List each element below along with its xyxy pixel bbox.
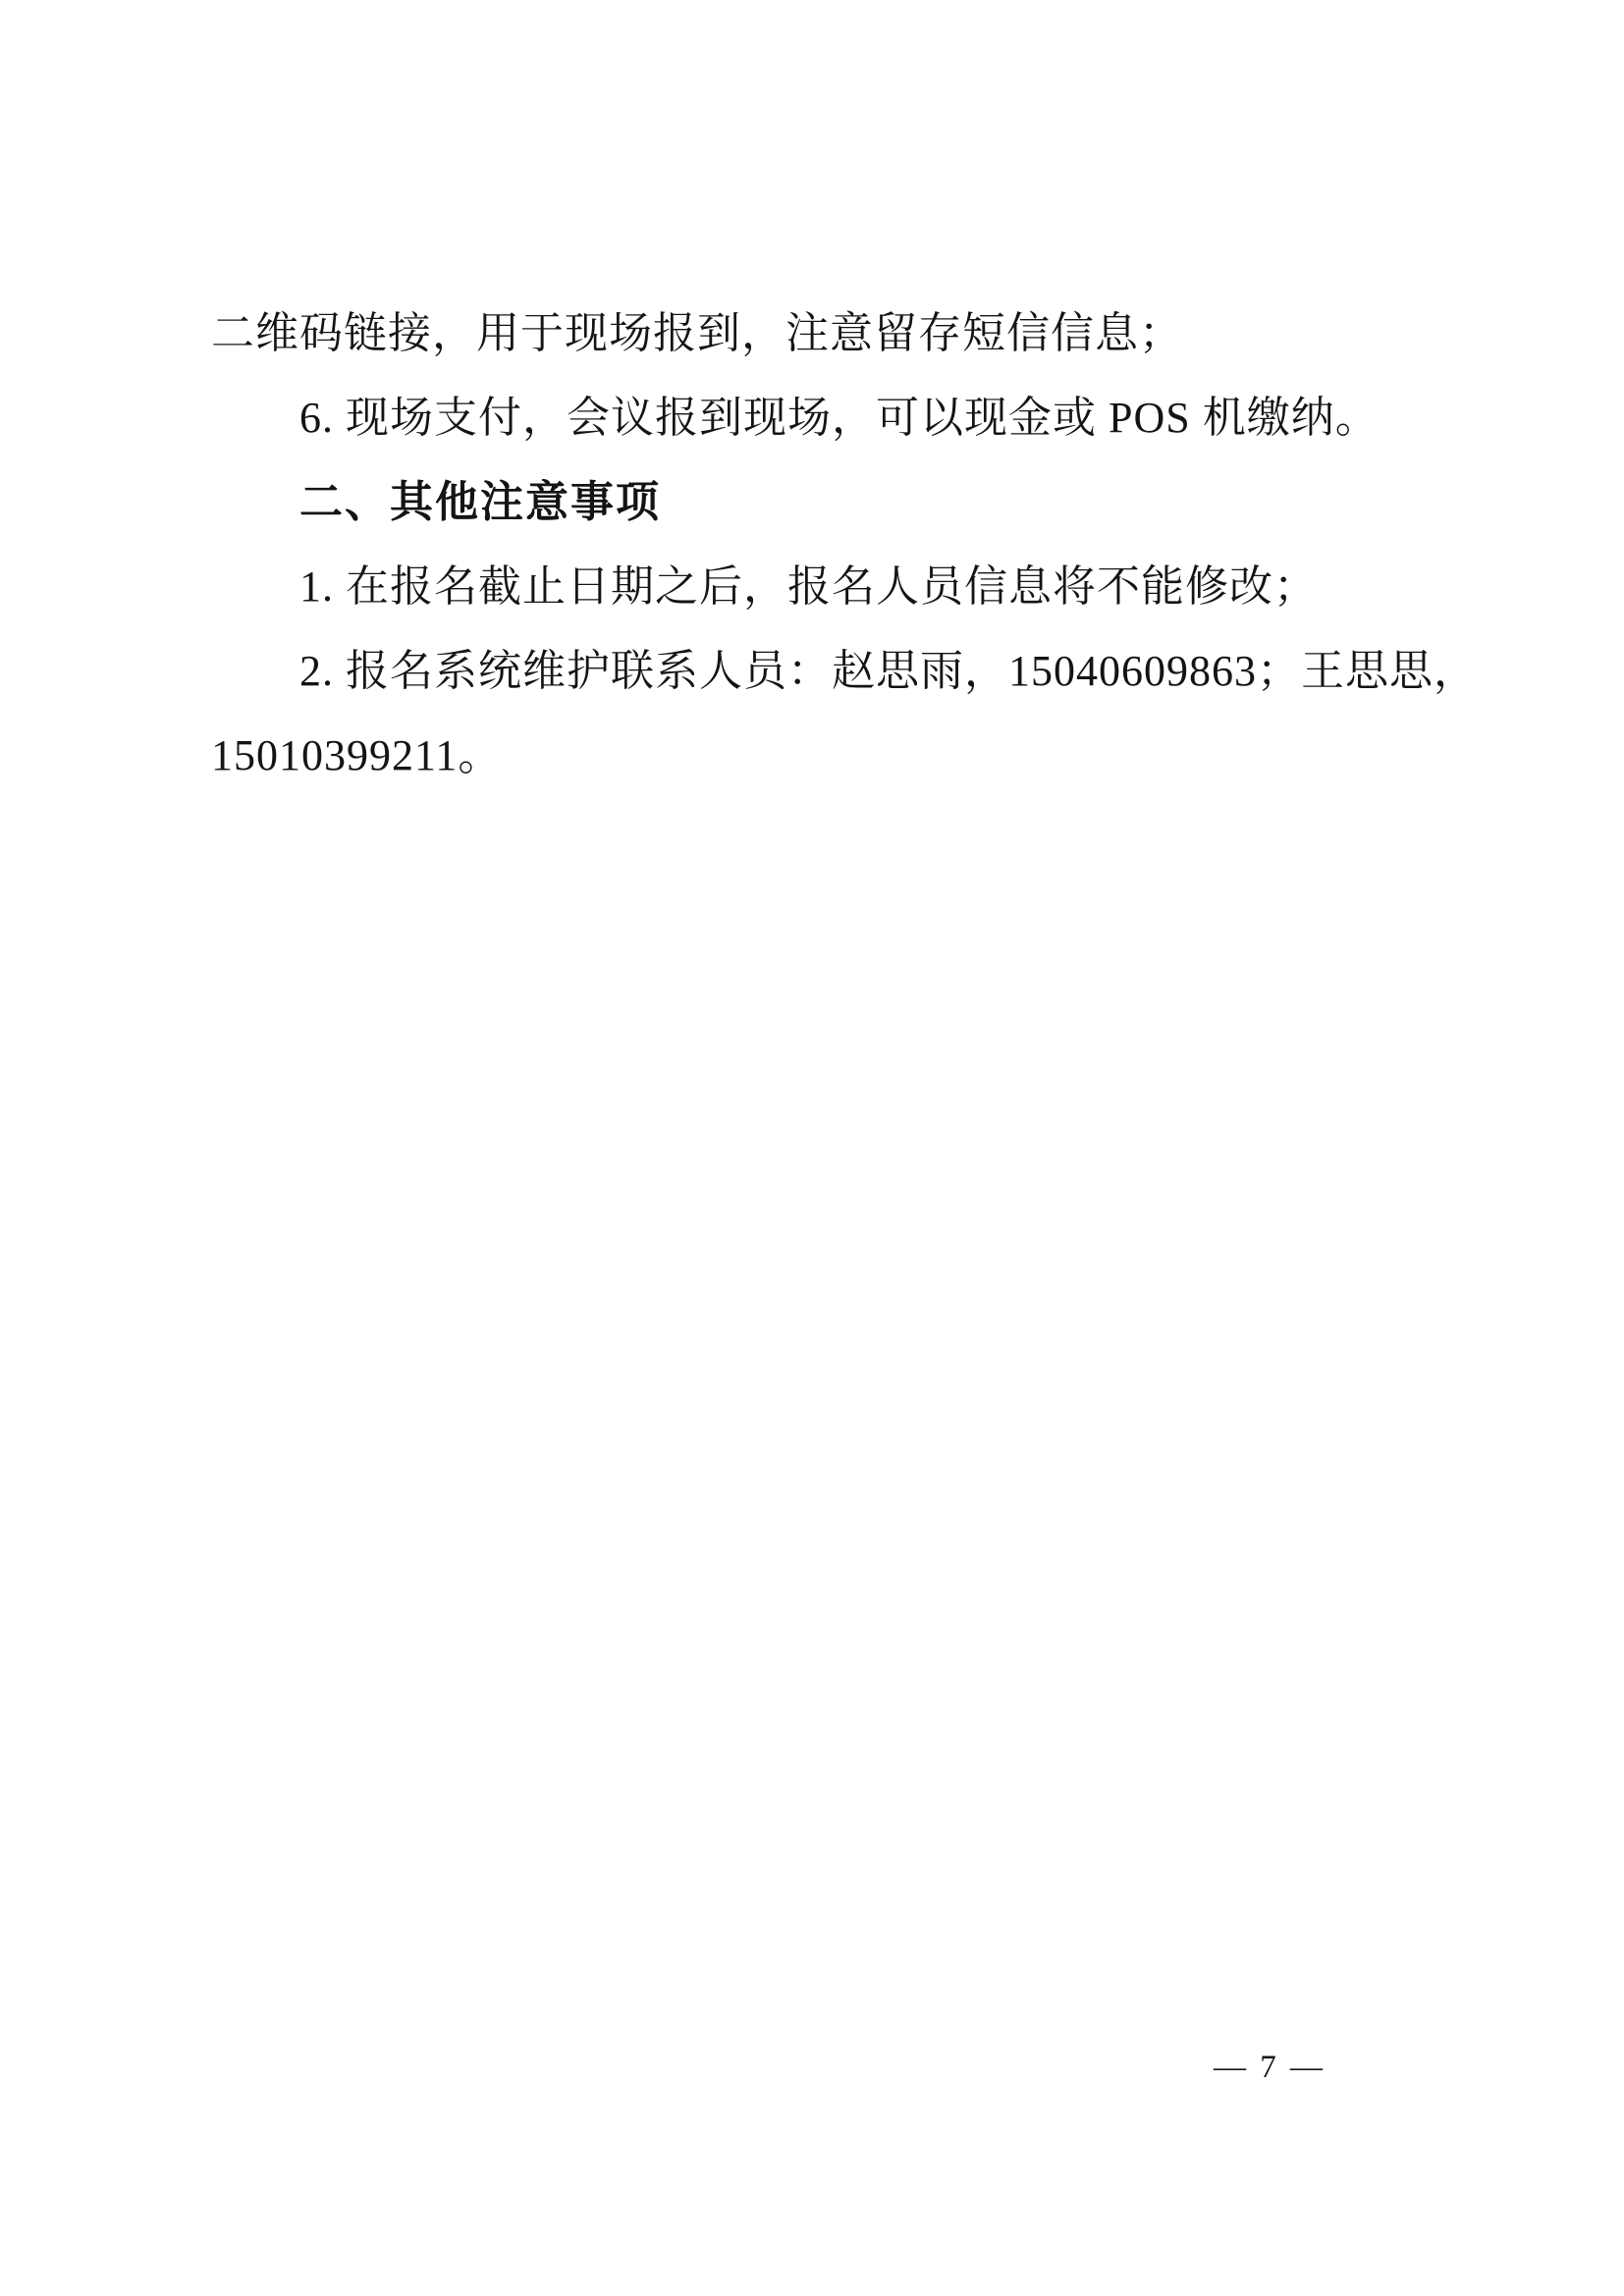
note-item-1: 1. 在报名截止日期之后，报名人员信息将不能修改； [211, 545, 1423, 629]
paragraph-continuation-line: 二维码链接，用于现场报到，注意留存短信信息； [211, 292, 1423, 376]
section-heading-other-notes: 二、其他注意事项 [211, 460, 1423, 545]
document-body: 二维码链接，用于现场报到，注意留存短信信息； 6. 现场支付，会议报到现场，可以… [211, 292, 1423, 798]
list-item-6: 6. 现场支付，会议报到现场，可以现金或 POS 机缴纳。 [211, 376, 1423, 460]
note-item-2-line-2: 15010399211。 [211, 714, 1423, 798]
note-item-2-line-1: 2. 报名系统维护联系人员：赵思雨，15040609863；王思思， [211, 629, 1423, 714]
document-page: 二维码链接，用于现场报到，注意留存短信信息； 6. 现场支付，会议报到现场，可以… [0, 0, 1624, 2296]
page-number: — 7 — [1214, 2048, 1326, 2087]
